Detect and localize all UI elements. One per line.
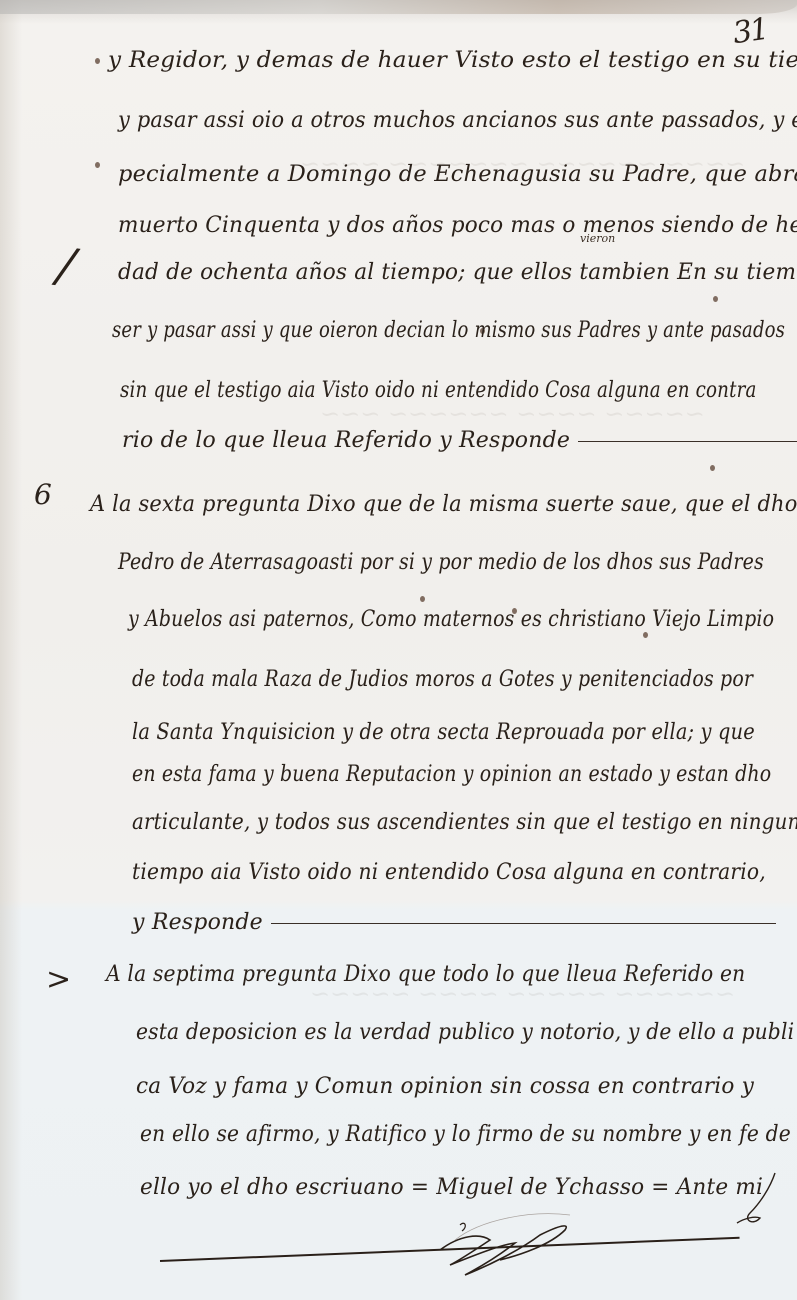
line-17-text: y Responde — [132, 910, 263, 935]
manuscript-line-5: dad de ochenta años al tiempo; que ellos… — [118, 260, 797, 285]
line-filler-rule — [271, 923, 776, 924]
manuscript-line-6: ser y pasar assi y que oieron decian lo … — [112, 318, 785, 343]
notarial-rubric-icon — [420, 1205, 580, 1285]
manuscript-line-3: pecialmente a Domingo de Echenagusia su … — [118, 162, 797, 187]
manuscript-line-21: en ello se afirmo, y Ratifico y lo firmo… — [140, 1122, 791, 1147]
signature-tail-flourish — [735, 1168, 785, 1228]
line-filler-rule — [578, 441, 797, 442]
margin-question-mark-7: > — [46, 962, 71, 997]
manuscript-line-2: y pasar assi oio a otros muchos ancianos… — [118, 108, 797, 133]
manuscript-line-9: A la sexta pregunta Dixo que de la misma… — [90, 492, 797, 517]
manuscript-line-15: articulante, y todos sus ascendientes si… — [132, 810, 797, 835]
manuscript-line-10: Pedro de Aterrasagoasti por si y por med… — [118, 550, 764, 575]
manuscript-line-19: esta deposicion es la verdad publico y n… — [136, 1020, 794, 1045]
manuscript-line-18: A la septima pregunta Dixo que todo lo q… — [106, 962, 745, 987]
ink-speck — [713, 296, 718, 302]
manuscript-line-17: y Responde — [132, 910, 776, 935]
bleed-through: ~~~~~ ~~~~ ~~~~~~ ~~~ — [320, 400, 705, 428]
manuscript-line-20: ca Voz y fama y Comun opinion sin cossa … — [136, 1074, 754, 1099]
page-fold-shadow — [0, 0, 797, 14]
margin-question-number-6: 6 — [34, 478, 52, 511]
interlinear-insertion: vieron — [580, 232, 615, 245]
manuscript-line-22: ello yo el dho escriuano = Miguel de Ych… — [140, 1175, 763, 1200]
manuscript-line-1: y Regidor, y demas de hauer Visto esto e… — [108, 48, 797, 73]
manuscript-line-12: de toda mala Raza de Judios moros a Gote… — [132, 667, 753, 692]
folio-number: 31 — [731, 12, 770, 51]
margin-bracket-mark: / — [54, 237, 78, 295]
manuscript-line-13: la Santa Ynquisicion y de otra secta Rep… — [132, 720, 755, 745]
manuscript-line-11: y Abuelos asi paternos, Como maternos es… — [128, 607, 774, 632]
manuscript-line-4: muerto Cinquenta y dos años poco mas o m… — [118, 213, 797, 238]
ink-speck — [95, 58, 100, 64]
ink-speck — [710, 465, 715, 471]
line-8-text: rio de lo que lleua Referido y Responde — [122, 428, 570, 453]
manuscript-line-7: sin que el testigo aia Visto oido ni ent… — [120, 378, 757, 403]
manuscript-page: ~~~~ ~~~~~~ ~~~~~~~ ~~~~ ~~~~~ ~~~~ ~~~~… — [0, 0, 797, 1300]
manuscript-line-8: rio de lo que lleua Referido y Responde — [122, 428, 797, 453]
manuscript-line-14: en esta fama y buena Reputacion y opinio… — [132, 762, 771, 787]
ink-speck — [420, 596, 425, 602]
ink-speck — [643, 632, 648, 638]
manuscript-line-16: tiempo aia Visto oido ni entendido Cosa … — [132, 860, 766, 885]
line-9-text: A la sexta pregunta Dixo que de la misma… — [90, 492, 797, 517]
ink-speck — [95, 162, 100, 168]
line-18-text: A la septima pregunta Dixo que todo lo q… — [106, 962, 745, 987]
